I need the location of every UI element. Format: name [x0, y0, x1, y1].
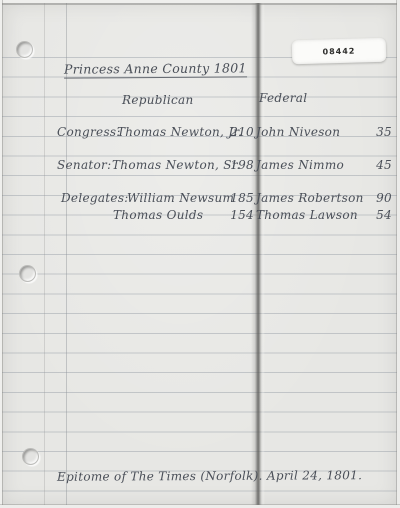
column-header-federal: Federal — [259, 91, 307, 106]
table-row: Congress: Thomas Newton, Jr. 210 John Ni… — [0, 125, 400, 141]
office-label: Congress: — [57, 125, 121, 140]
republican-vote-count: 198 — [222, 158, 254, 173]
page-edge-top-line — [0, 3, 400, 5]
column-header-republican: Republican — [122, 93, 194, 108]
republican-vote-count: 185 — [222, 191, 254, 206]
margin-line-inner — [66, 3, 67, 508]
scan-crease — [251, 0, 265, 508]
republican-candidate: William Newsum — [127, 191, 234, 206]
federal-vote-count: 90 — [366, 191, 392, 206]
punch-hole-bottom — [22, 448, 39, 465]
page-edge-right-line — [396, 0, 397, 508]
margin-line-outer — [44, 3, 45, 508]
republican-vote-count: 210 — [222, 125, 254, 140]
catalog-number: 08442 — [322, 47, 355, 57]
table-row: Thomas Oulds 154 Thomas Lawson 54 — [0, 208, 400, 224]
ruled-lines — [0, 57, 400, 503]
punch-hole-middle — [19, 265, 36, 282]
office-label: Delegates: — [61, 191, 129, 206]
source-citation: Epitome of The Times (Norfolk). April 24… — [57, 468, 362, 485]
office-label: Senator: — [57, 158, 111, 173]
federal-candidate: Thomas Lawson — [256, 208, 358, 223]
republican-vote-count: 154 — [222, 208, 254, 223]
federal-vote-count: 45 — [366, 158, 392, 173]
federal-candidate: James Nimmo — [256, 158, 344, 173]
republican-candidate: Thomas Oulds — [113, 208, 203, 223]
page-title: Princess Anne County 1801 — [64, 60, 247, 78]
federal-vote-count: 54 — [366, 208, 392, 223]
page-edge-left-line — [2, 0, 3, 508]
table-row: Senator: Thomas Newton, Sr. 198 James Ni… — [0, 158, 400, 174]
page-edge-bottom-line — [0, 504, 400, 505]
federal-candidate: John Niveson — [256, 125, 340, 140]
catalog-sticker: 08442 — [292, 38, 387, 65]
federal-vote-count: 35 — [366, 125, 392, 140]
table-row: Delegates: William Newsum 185 James Robe… — [0, 191, 400, 207]
punch-hole-top — [16, 41, 33, 58]
federal-candidate: James Robertson — [256, 191, 364, 206]
scanned-document-page: 08442 Princess Anne County 1801 Republic… — [0, 0, 400, 508]
